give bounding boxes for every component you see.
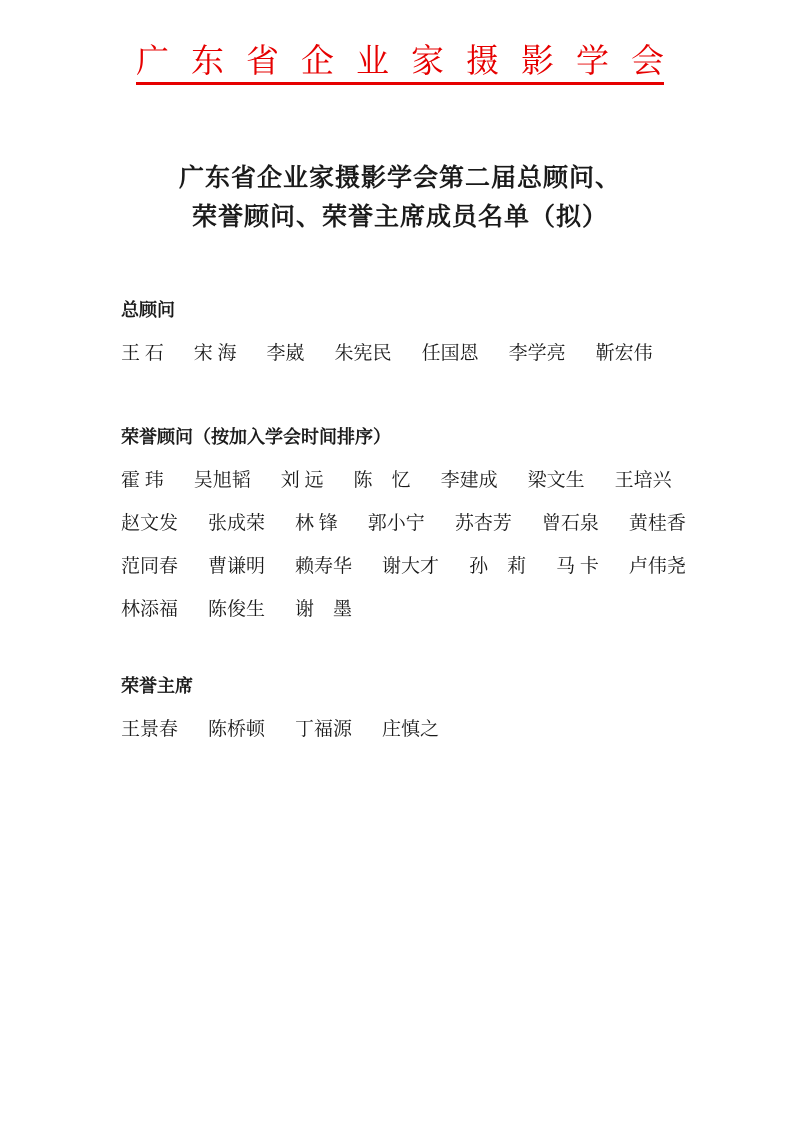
name-row: 范同春曹谦明赖寿华谢大才孙 莉马 卡卢伟尧 [121, 557, 700, 577]
person-name: 庄慎之 [382, 720, 439, 740]
person-name: 王培兴 [615, 471, 672, 491]
doc-title-line-1: 广东省企业家摄影学会第二届总顾问、 [0, 159, 800, 198]
person-name: 王景春 [121, 720, 178, 740]
org-name-text: 广东省企业家摄影学会 [136, 46, 686, 79]
person-name: 丁福源 [295, 720, 352, 740]
person-name: 张成荣 [208, 514, 265, 534]
doc-title-line-2: 荣誉顾问、荣誉主席成员名单（拟） [0, 198, 800, 237]
person-name: 曾石泉 [542, 514, 599, 534]
person-name: 马 卡 [556, 557, 599, 577]
doc-title: 广东省企业家摄影学会第二届总顾问、 荣誉顾问、荣誉主席成员名单（拟） [0, 159, 800, 237]
document-page: 广东省企业家摄影学会 广东省企业家摄影学会第二届总顾问、 荣誉顾问、荣誉主席成员… [0, 0, 800, 1131]
person-name: 谢大才 [382, 557, 439, 577]
person-name: 林添福 [121, 600, 178, 620]
person-name: 郭小宁 [368, 514, 425, 534]
section-heading: 荣誉顾问（按加入学会时间排序） [121, 428, 700, 447]
name-row: 霍 玮吴旭韬刘 远陈 忆李建成梁文生王培兴 [121, 471, 700, 491]
person-name: 黄桂香 [629, 514, 686, 534]
person-name: 李学亮 [509, 344, 566, 364]
org-name-underline: 广东省企业家摄影学会 [136, 46, 664, 85]
person-name: 陈 忆 [354, 471, 411, 491]
person-name: 赖寿华 [295, 557, 352, 577]
person-name: 李建成 [441, 471, 498, 491]
name-row: 林添福陈俊生谢 墨 [121, 600, 700, 620]
person-name: 刘 远 [281, 471, 324, 491]
sections: 总顾问王 石宋 海李崴朱宪民任国恩李学亮靳宏伟荣誉顾问（按加入学会时间排序）霍 … [121, 301, 700, 740]
section-2: 荣誉主席王景春陈桥顿丁福源庄慎之 [121, 677, 700, 740]
person-name: 王 石 [121, 344, 164, 364]
person-name: 陈桥顿 [208, 720, 265, 740]
person-name: 曹谦明 [208, 557, 265, 577]
name-row: 王 石宋 海李崴朱宪民任国恩李学亮靳宏伟 [121, 344, 700, 364]
person-name: 宋 海 [194, 344, 237, 364]
section-heading: 总顾问 [121, 301, 700, 320]
person-name: 吴旭韬 [194, 471, 251, 491]
section-0: 总顾问王 石宋 海李崴朱宪民任国恩李学亮靳宏伟 [121, 301, 700, 364]
person-name: 赵文发 [121, 514, 178, 534]
name-row: 赵文发张成荣林 锋郭小宁苏杏芳曾石泉黄桂香 [121, 514, 700, 534]
org-name-header: 广东省企业家摄影学会 [0, 0, 800, 85]
person-name: 朱宪民 [335, 344, 392, 364]
person-name: 卢伟尧 [629, 557, 686, 577]
section-1: 荣誉顾问（按加入学会时间排序）霍 玮吴旭韬刘 远陈 忆李建成梁文生王培兴赵文发张… [121, 428, 700, 620]
person-name: 靳宏伟 [596, 344, 653, 364]
person-name: 梁文生 [528, 471, 585, 491]
person-name: 霍 玮 [121, 471, 164, 491]
person-name: 林 锋 [295, 514, 338, 534]
person-name: 范同春 [121, 557, 178, 577]
section-heading: 荣誉主席 [121, 677, 700, 696]
person-name: 孙 莉 [469, 557, 526, 577]
person-name: 陈俊生 [208, 600, 265, 620]
person-name: 苏杏芳 [455, 514, 512, 534]
person-name: 任国恩 [422, 344, 479, 364]
name-row: 王景春陈桥顿丁福源庄慎之 [121, 720, 700, 740]
person-name: 李崴 [267, 344, 305, 364]
person-name: 谢 墨 [295, 600, 352, 620]
